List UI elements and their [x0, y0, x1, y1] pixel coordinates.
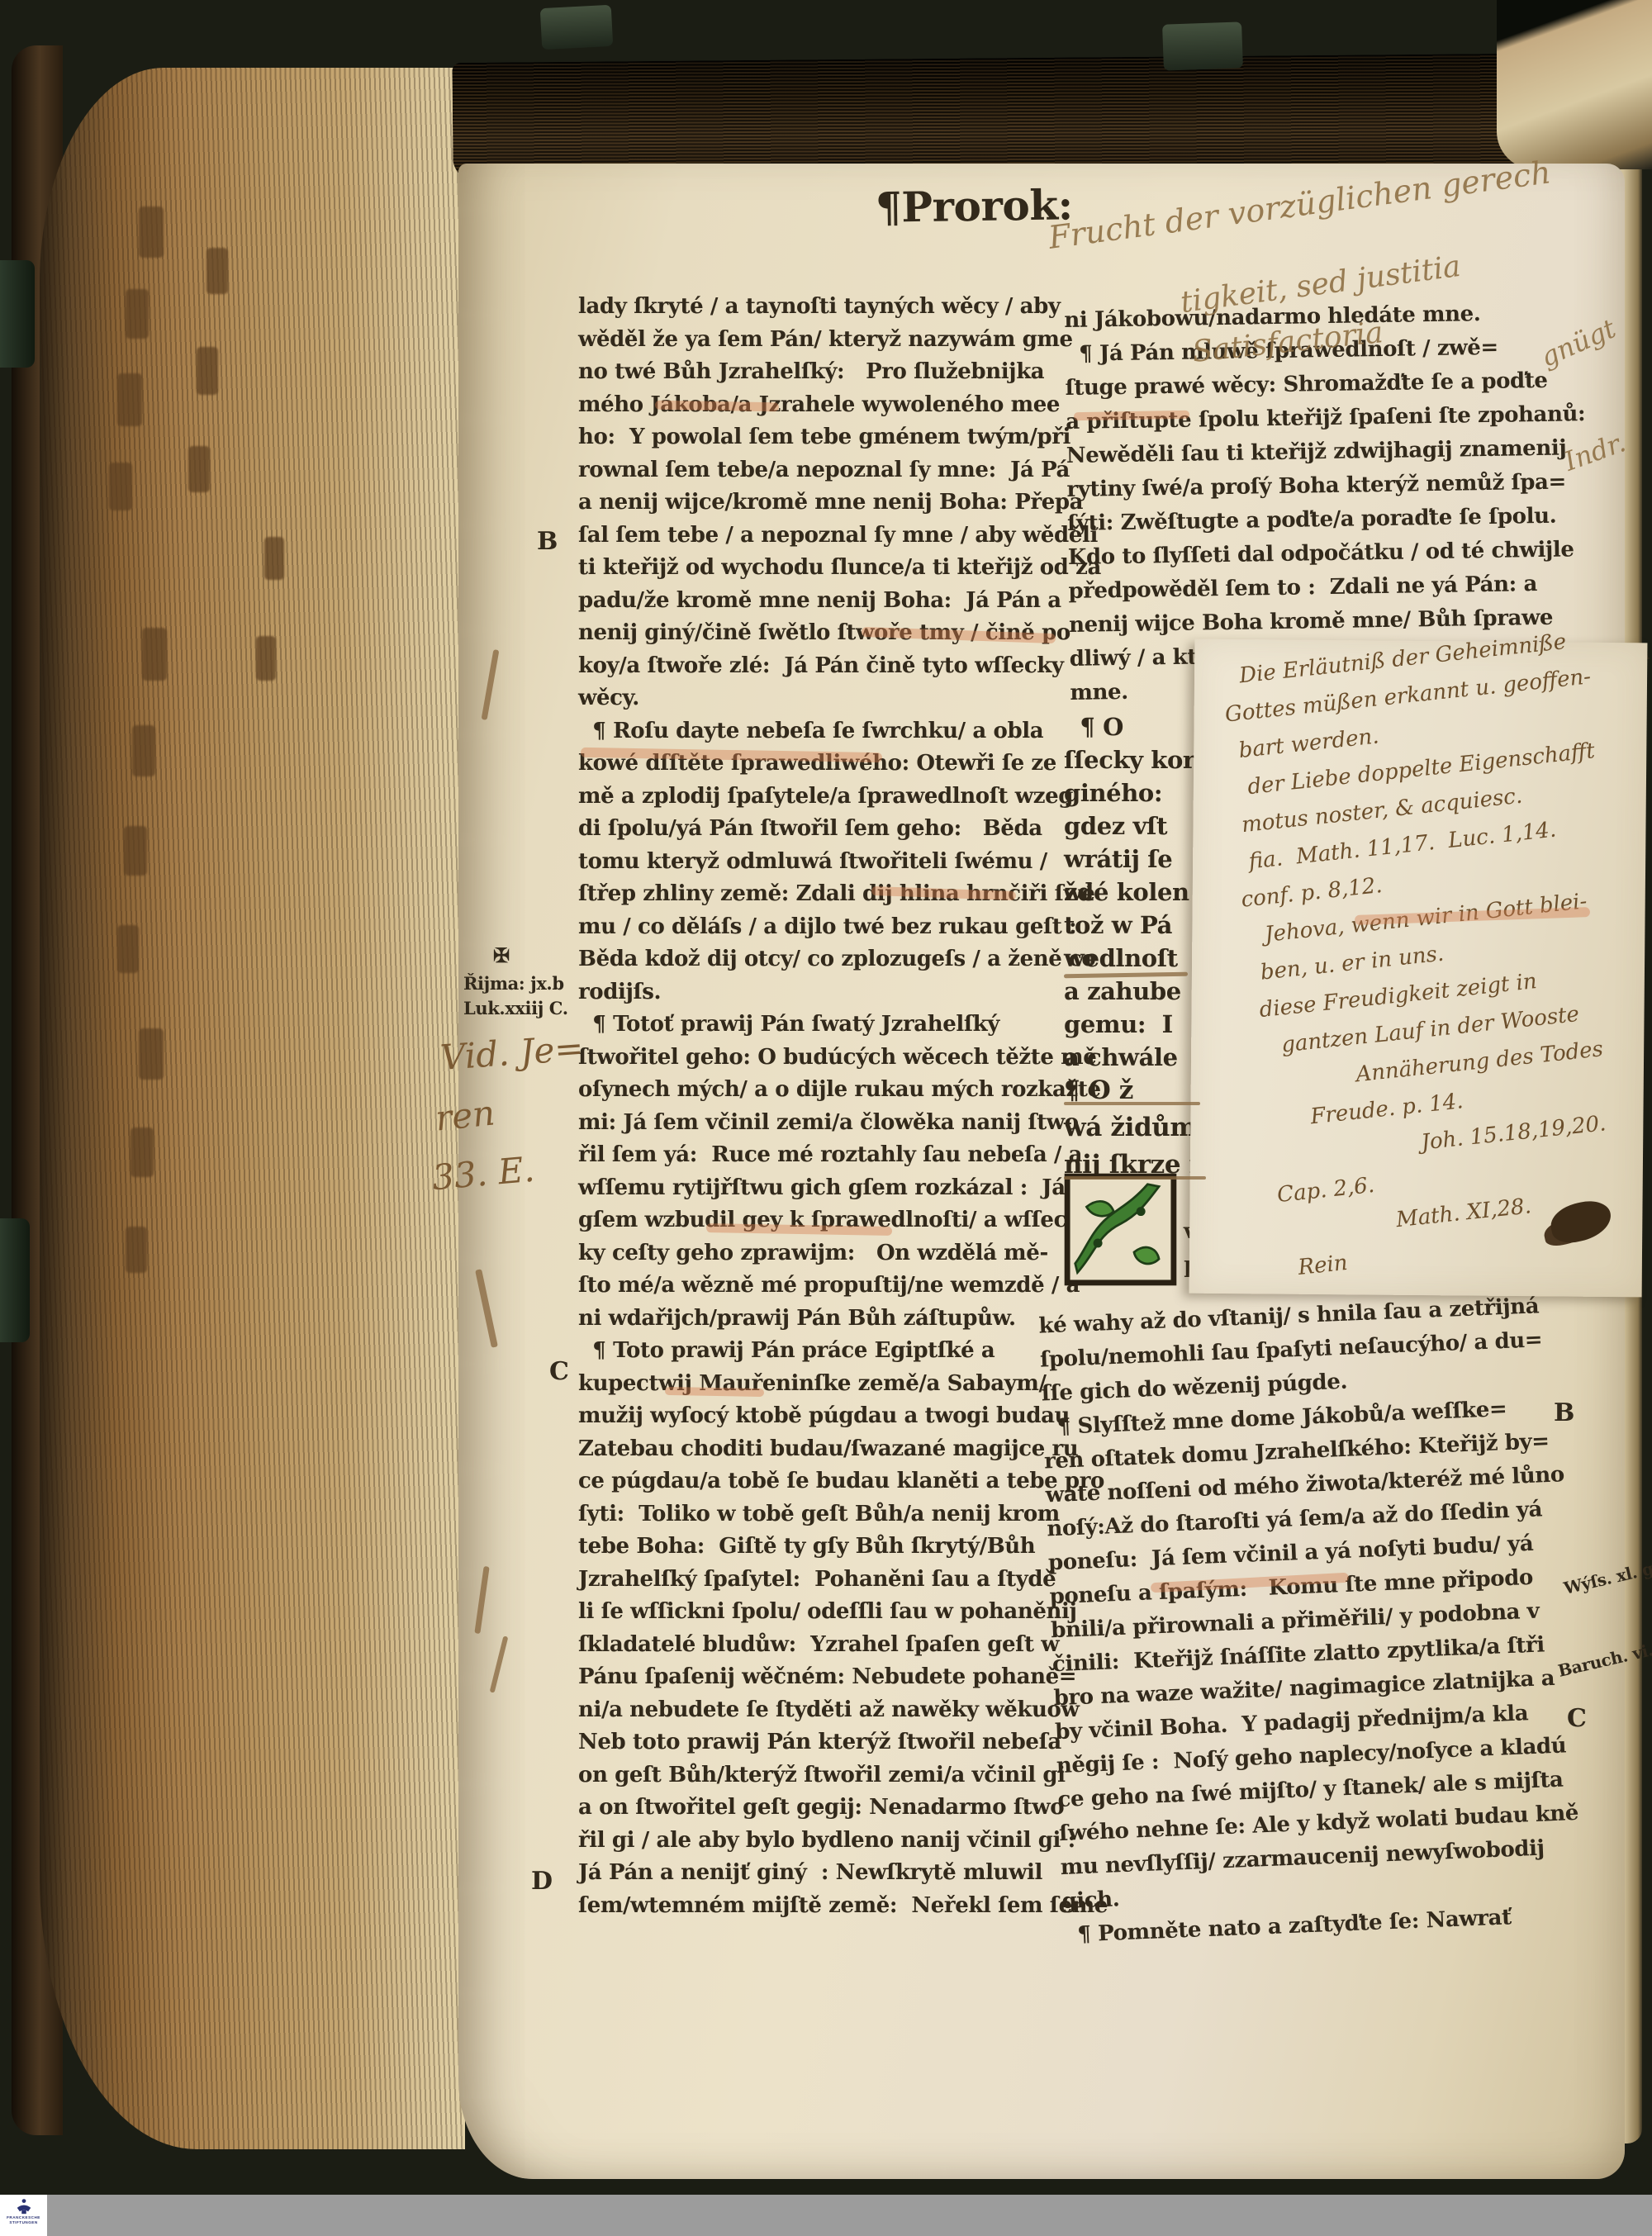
ink-rule — [1064, 1176, 1206, 1180]
text-line: řil gi / ale aby bylo bydleno nanij včin… — [578, 1825, 1108, 1858]
margin-letter: C — [1567, 1704, 1586, 1733]
page-title: ¶Prorok: — [876, 180, 1074, 231]
text-line: ¶ Totoť prawij Pán ſwatý Jzrahelſký — [578, 1009, 1108, 1042]
pen-stroke — [475, 1269, 498, 1348]
margin-letter: B — [1554, 1398, 1574, 1427]
text-line: ſal ſem tebe / a nepoznal ſy mne / aby w… — [578, 520, 1108, 553]
text-line: wěděl že ya ſem Pán/ kteryž nazywám gme — [578, 324, 1108, 357]
text-line: ¶ Roſu dayte nebeſa ſe ſwrchku/ a obla — [578, 715, 1108, 748]
viewer-bottom-bar: FRANCKESCHE STIFTUNGEN — [0, 2195, 1652, 2236]
library-watermark: FRANCKESCHE STIFTUNGEN — [0, 2195, 47, 2236]
text-line: ſkladatelé bludůw: Yzrahel ſpaſen geſt w — [578, 1629, 1108, 1662]
edge-tab — [264, 537, 284, 580]
text-line: ſto mé/a wězně mé propuſtij/ne wemzdě / … — [578, 1270, 1108, 1303]
library-name: FRANCKESCHE STIFTUNGEN — [7, 2215, 40, 2224]
book-photograph: ¶Prorok: lady ſkryté / a taynoſti taynýc… — [0, 0, 1652, 2236]
text-line: ſtřep zhliny země: Zdali dij hlina hrnči… — [578, 878, 1108, 911]
text-line: wſſemu rytijřſtwu gich gſem rozkázal : J… — [578, 1172, 1108, 1205]
text-line: řil ſem yá: Ruce mé roztahly ſau nebeſa … — [578, 1139, 1108, 1172]
text-line: ſyti: Toliko w tobě geſt Bůh/a nenij kro… — [578, 1498, 1108, 1531]
text-line: ho: Y powolal ſem tebe gménem twým/při — [578, 421, 1108, 454]
text-line: padu/že kromě mne nenij Boha: Já Pán a — [578, 585, 1108, 618]
handwritten-margin-note: 33. E. — [430, 1149, 536, 1199]
edge-tab — [197, 347, 218, 395]
edge-tab — [206, 248, 228, 294]
text-line: mu / co děláſs / a dijlo twé bez rukau g… — [578, 911, 1108, 944]
text-line: mě a zplodij ſpaſytele/a ſprawedlnoſt wz… — [578, 781, 1108, 814]
text-line: tož w Pá — [1064, 909, 1195, 942]
text-line: Běda kdož dij otcy/ co zplozugeſs / a že… — [578, 943, 1108, 976]
clasp-top-right — [1162, 21, 1243, 70]
handwritten-margin-note: ren — [434, 1092, 497, 1138]
pen-stroke — [474, 1566, 489, 1634]
margin-reference: Řijma: jx.b — [463, 973, 564, 994]
text-line: kupectwij Mauřeninſke země/a Sabaym/ — [578, 1368, 1108, 1401]
margin-letter: C — [549, 1357, 568, 1386]
pasted-annotation-slip: Die Erläutniß der GeheimnißeGottes müßen… — [1189, 639, 1648, 1298]
woodcut-initial-icon — [1064, 1173, 1177, 1286]
text-line: wrátij ſe — [1064, 843, 1195, 876]
handwritten-margin-note: Vid. Je= — [439, 1028, 585, 1078]
margin-letter: D — [531, 1867, 553, 1896]
text-line: a nenij wijce/kromě mne nenij Boha: Přep… — [578, 487, 1108, 520]
pen-stroke — [482, 649, 500, 720]
text-line: giného: — [1064, 776, 1195, 809]
edge-tab — [139, 207, 164, 258]
text-line: on geſt Bůh/kterýž ſtwořil zemi/a včinil… — [578, 1759, 1108, 1792]
edge-tab — [117, 925, 139, 973]
ink-rule — [1064, 1102, 1200, 1105]
text-line: li ſe wſſickni ſpolu/ odeſſli ſau w poha… — [578, 1596, 1108, 1629]
edge-tab — [117, 373, 142, 426]
edge-tab — [109, 463, 132, 510]
left-text-column: lady ſkryté / a taynoſti tayných wěcy / … — [578, 291, 1108, 1922]
text-line: rownal ſem tebe/a nepoznal ſy mne: Já Pá — [578, 454, 1108, 487]
clasp-left-upper — [0, 260, 35, 368]
handwritten-note-line: Frucht der vorzüglichen gerech — [1047, 154, 1553, 256]
edge-tab — [124, 826, 147, 876]
edge-tab — [142, 628, 167, 681]
edge-tab — [256, 636, 276, 681]
text-line: wedlnoſt — [1064, 942, 1195, 975]
text-line: ti kteřijž od wychodu ſlunce/a ti kteřij… — [578, 552, 1108, 585]
text-line: ždé kolen — [1064, 876, 1195, 909]
chalk-mark — [665, 1387, 764, 1397]
text-line: ¶ O — [1064, 710, 1195, 743]
text-line: ky ceſty geho zprawijm: On wzdělá mě- — [578, 1237, 1108, 1270]
text-line: a on ſtwořitel geſt gegij: Nenadarmo ſtw… — [578, 1792, 1108, 1825]
text-line: wěcy. — [578, 682, 1108, 715]
text-line: ſſecky kor — [1064, 743, 1195, 776]
text-line: ni wdařijch/prawij Pán Bůh záſtupůw. — [578, 1303, 1108, 1336]
edge-tab — [188, 446, 210, 492]
text-line: mužij wyſocý ktobě púgdau a twogi budau — [578, 1400, 1108, 1433]
text-line: a chwále — [1064, 1041, 1195, 1074]
edge-tab — [126, 1227, 147, 1273]
text-line: rodijſs. — [578, 976, 1108, 1009]
text-line: ce púgdau/a tobě ſe budau klaněti a tebe… — [578, 1465, 1108, 1498]
book-fore-edge-left — [40, 68, 465, 2149]
text-line: Neb toto prawij Pán kterýž ſtwořil nebeſ… — [578, 1726, 1108, 1759]
text-line: ſem/wtemném mijſtě země: Neřekl ſem ſeme — [578, 1890, 1108, 1923]
clasp-left-lower — [0, 1218, 30, 1342]
slip-handwriting: Die Erläutniß der GeheimnißeGottes müßen… — [1213, 621, 1651, 1289]
margin-reference: Luk.xxiij C. — [463, 998, 568, 1018]
text-line: no twé Bůh Jzrahelſký: Pro ſlužebnijka — [578, 356, 1108, 389]
margin-letter: B — [537, 527, 558, 556]
text-line: Jzrahelſký ſpaſytel: Pohaněni ſau a ſtyd… — [578, 1564, 1108, 1597]
franckesche-stiftungen-logo-icon — [15, 2197, 33, 2215]
book-page: ¶Prorok: lady ſkryté / a taynoſti taynýc… — [458, 164, 1625, 2179]
text-line: lady ſkryté / a taynoſti tayných wěcy / … — [578, 291, 1108, 324]
edge-tab — [131, 1127, 154, 1177]
right-text-column-bottom: ké wahy až do vſtanij/ s hnila ſau a zet… — [1038, 1289, 1583, 1953]
margin-cross-icon: ✠ — [493, 943, 510, 967]
text-line: oſynech mých/ a o dijle rukau mých rozka… — [578, 1074, 1108, 1107]
book-top-edge — [452, 53, 1609, 180]
text-line: tomu kteryž odmluwá ſtwořiteli ſwému / — [578, 846, 1108, 879]
text-line: ſtwořitel geho: O budúcých wěcech těžte … — [578, 1042, 1108, 1075]
text-line: tebe Boha: Giſtě ty gſy Bůh ſkrytý/Bůh — [578, 1531, 1108, 1564]
book-cover-corner — [1497, 0, 1652, 169]
text-line: Pánu ſpaſenij wěčném: Nebudete pohaně= — [578, 1661, 1108, 1694]
text-line: ni/a nebudete ſe ſtyděti až nawěky wěkuo… — [578, 1694, 1108, 1727]
edge-tab — [126, 289, 149, 339]
text-line: di ſpolu/yá Pán ſtwořil ſem geho: Běda — [578, 813, 1108, 846]
pen-stroke — [490, 1635, 509, 1692]
text-line: Já Pán a nenijť giný : Newſkrytě mluwil — [578, 1857, 1108, 1890]
clasp-top-left — [540, 5, 613, 50]
text-line: gemu: I — [1064, 1008, 1195, 1041]
right-column-covered-fragments: ¶ Oſſecky korginého:gdez vſtwrátij ſeždé… — [1064, 710, 1195, 1074]
text-line: Zatebau choditi budau/ſwazané magijce ru — [578, 1433, 1108, 1466]
edge-tab — [132, 725, 155, 776]
text-line: a zahube — [1064, 975, 1195, 1008]
text-line: koy/a ſtwoře zlé: Já Pán čině tyto wſſec… — [578, 650, 1108, 683]
text-line: gdez vſt — [1064, 809, 1195, 843]
text-line: mi: Já ſem včinil zemi/a člowěka nanij ſ… — [578, 1107, 1108, 1140]
edge-tab — [139, 1028, 164, 1080]
text-line: ¶ Toto prawij Pán práce Egiptſké a — [578, 1335, 1108, 1368]
